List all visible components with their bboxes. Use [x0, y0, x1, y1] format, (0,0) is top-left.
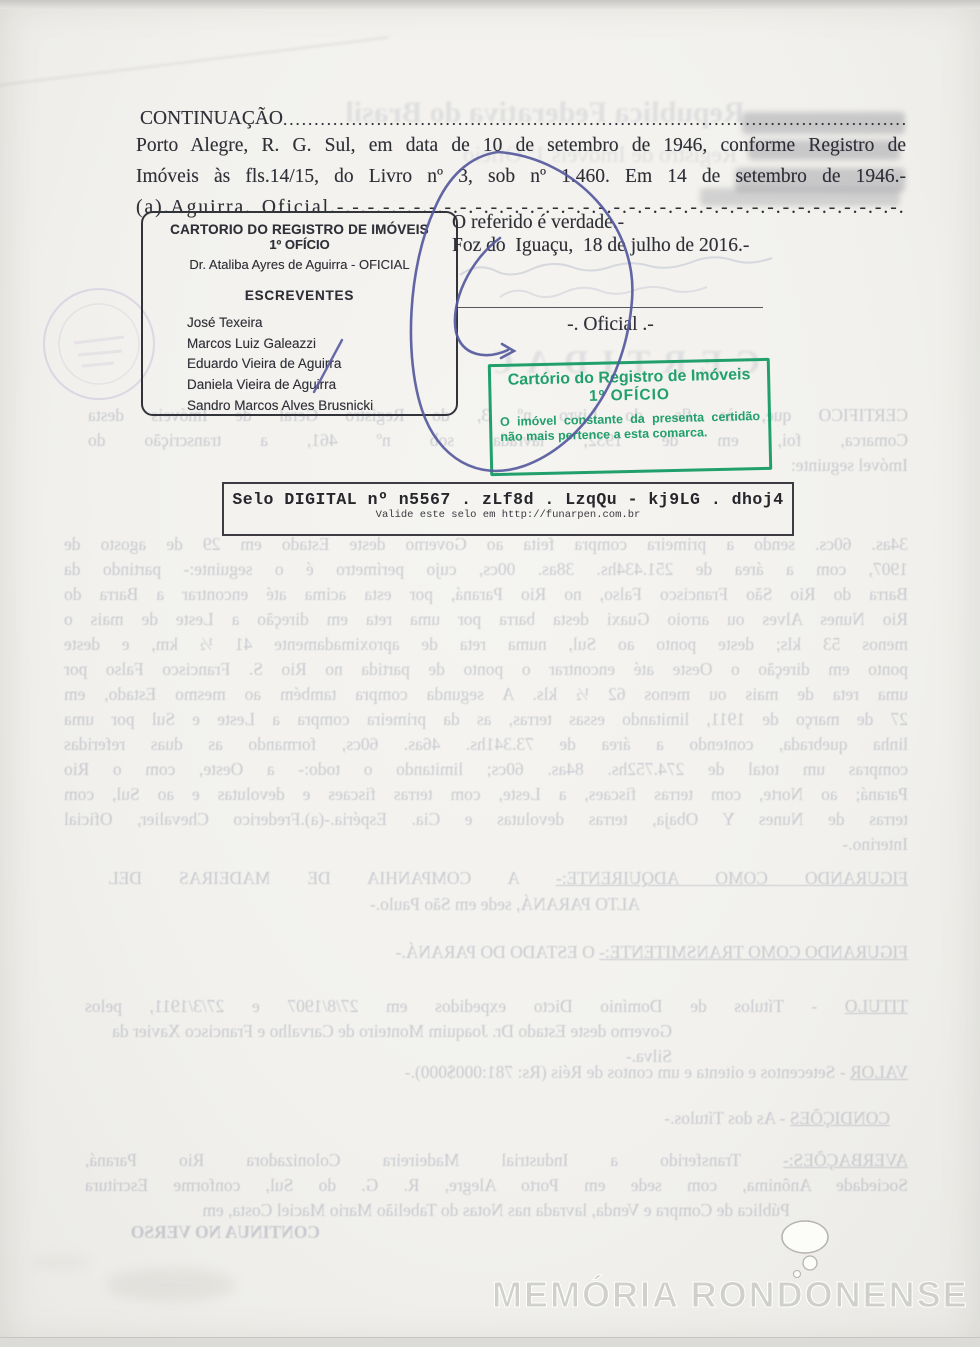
bleed-body-line: Paraná; ao Norte, com terras fiscaes, a … — [64, 782, 908, 807]
bleed-body-line: uma reta de mais ou menos 62 ½ kls. A se… — [64, 682, 908, 707]
bleed-condicoes-line: CONDIÇÕES - As dos Títulos.- — [525, 1106, 890, 1131]
scanned-document-page: Republica Federativa do Brasil Registro … — [0, 0, 980, 1347]
bleed-continua-verso: CONTINUA NO VERSO — [88, 1220, 320, 1245]
stamp-inner-ring — [59, 304, 139, 384]
bleed-body-line: ponto em direção o Oeste até encontrar o… — [64, 657, 908, 682]
seal-code-text: Selo DIGITAL nº n5567 . zLf8d . LzqQu - … — [224, 490, 792, 509]
bleed-body-line: Rio Nunes Alves ou arroio Guaxi desta ba… — [64, 607, 908, 632]
bleed-body-line: compras um total de 274.752hs. 84as. 60c… — [64, 757, 908, 782]
signature-flourish — [390, 130, 670, 480]
bleed-section-rest: Transferido a Industrial Madeireira Colo… — [85, 1150, 783, 1170]
bleed-averbacoes-line2: Sociedade Anônima, com sede em Porto Ale… — [85, 1173, 908, 1198]
scan-edge-bottom — [0, 1337, 980, 1347]
bleed-section-rest: A COMPANHIA DE MADEIRAS DEL — [108, 868, 556, 888]
bleed-section-rest: - As dos Títulos.- — [664, 1108, 790, 1128]
bleed-body-line: 27 de março de 1911, limitando essas ter… — [64, 707, 908, 732]
bleed-section-heading: AVERBAÇÕES:- — [783, 1150, 908, 1170]
stamp-outer-ring — [44, 289, 154, 399]
bottom-left-smudge — [105, 1268, 235, 1302]
bleed-section-heading: FIGURANDO COMO TRANSMITENTE:- — [599, 942, 908, 962]
dotted-leader: ........................................… — [283, 108, 906, 130]
bleed-interino-line: Interino.- — [835, 832, 908, 857]
watermark-text: MEMÓRIA RONDONENSE — [492, 1274, 942, 1316]
bleed-transmitente-line: FIGURANDO COMO TRANSMITENTE:- O ESTADO D… — [250, 940, 908, 965]
paper-crease — [0, 36, 389, 89]
signature-inner-curl — [455, 238, 508, 355]
bubble-ellipse — [782, 1221, 828, 1253]
bleed-body-line: linha quebrada, contendo a área de 73.34… — [64, 732, 908, 757]
bleed-averbacoes-line1: AVERBAÇÕES:- Transferido a Industrial Ma… — [85, 1148, 908, 1173]
bleed-section-heading: TITULO — [845, 996, 908, 1016]
bleed-valor-line: VALOR - Setecentos e oitenta e um contos… — [368, 1060, 908, 1085]
bleed-section-heading: CONDIÇÕES — [790, 1108, 890, 1128]
stamp-smudge — [74, 337, 124, 366]
bleed-body-line: menos 53 kls; deste ponto ao Sul, numa r… — [64, 632, 908, 657]
bleed-adquirente-line1: FIGURANDO COMO ADQUIRENTE:- A COMPANHIA … — [108, 866, 908, 891]
bottom-left-mark — [30, 1256, 90, 1268]
signature-outer-loop — [411, 152, 632, 471]
continuation-label: CONTINUAÇÃO — [140, 108, 283, 130]
bleed-titulo-line1: TITULO - Títulos de Domínio Dicto expedi… — [85, 994, 908, 1019]
bleed-certifico-line: Imóvel seguinte: — [770, 453, 908, 478]
bubble-circle — [803, 1256, 817, 1270]
bleed-body-line: Barra do Rio São Francisco Falso, no Rio… — [64, 582, 908, 607]
bleed-body-line: 1907, com a área de 251.434hs. 38as. 00c… — [64, 557, 908, 582]
circular-stamp-ghost — [38, 285, 158, 405]
bleed-section-heading: FIGURANDO COMO ADQUIRENTE:- — [556, 868, 908, 888]
bleed-body-line: terras de Nunes Y Obaja, terras devoluta… — [64, 807, 908, 832]
bleed-section-rest: - Títulos de Domínio Dicto expedidos em … — [85, 996, 845, 1016]
seal-validation-url: Valide este selo em http://funarpen.com.… — [224, 509, 792, 521]
slash-stroke — [314, 340, 342, 392]
digital-seal-box: Selo DIGITAL nº n5567 . zLf8d . LzqQu - … — [222, 482, 794, 536]
scan-edge-top — [0, 0, 980, 9]
continuation-row: CONTINUAÇÃO.............................… — [140, 108, 906, 130]
bleed-section-rest: - Setecentos e oitenta e um contos de Ré… — [405, 1062, 850, 1082]
bleed-section-rest: O ESTADO DO PARANÁ.- — [396, 942, 600, 962]
pen-slash-over-names — [300, 330, 360, 400]
bleed-adquirente-line2: ALTO PARANÁ, sede em São Paulo.- — [285, 892, 640, 917]
bleed-section-heading: VALOR — [850, 1062, 908, 1082]
